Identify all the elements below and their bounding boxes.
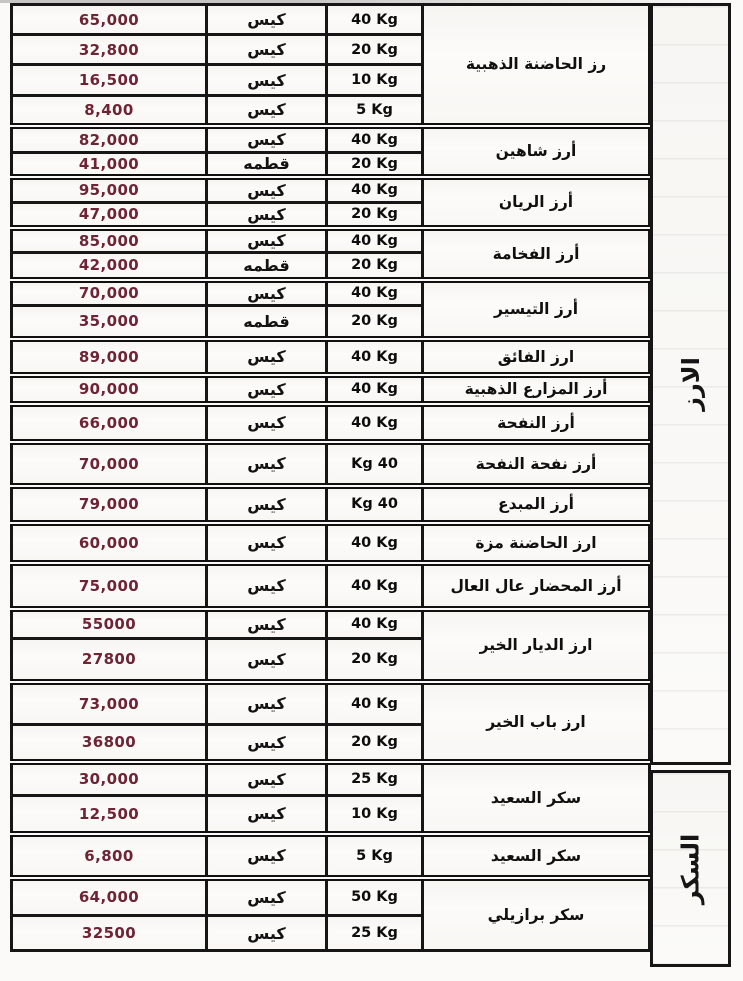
weight-cell: 20 Kg [327, 203, 423, 228]
unit-cell: كيس [207, 609, 327, 639]
unit-cell: كيس [207, 834, 327, 878]
product-name-cell: أرز المحضار عال العال [423, 563, 650, 609]
unit-cell: كيس [207, 916, 327, 951]
table-row: 64,000كيس50 Kgسكر برازيلي [12, 878, 650, 916]
price-cell: 42,000 [12, 253, 207, 280]
unit-cell: كيس [207, 442, 327, 486]
product-name-cell: سكر برازيلي [423, 878, 650, 951]
table-row: 82,000كيس40 Kgأرز شاهين [12, 126, 650, 153]
product-name-cell: أرز الريان [423, 177, 650, 228]
table-row: 55000كيس40 Kgارز الديار الخير [12, 609, 650, 639]
unit-cell: كيس [207, 280, 327, 306]
product-name-cell: أرز المزارع الذهبية [423, 375, 650, 404]
unit-cell: كيس [207, 563, 327, 609]
price-cell: 85,000 [12, 228, 207, 253]
product-name-cell: سكر السعيد [423, 834, 650, 878]
weight-cell: 20 Kg [327, 153, 423, 177]
price-cell: 70,000 [12, 280, 207, 306]
table-row: 73,000كيس40 Kgارز باب الخير [12, 682, 650, 725]
table-row: 70,000كيسKg 40أرز نفحة النفحة [12, 442, 650, 486]
price-cell: 82,000 [12, 126, 207, 153]
price-cell: 8,400 [12, 96, 207, 126]
unit-cell: كيس [207, 203, 327, 228]
table-row: 79,000كيسKg 40أرز المبدع [12, 486, 650, 523]
weight-cell: Kg 40 [327, 486, 423, 523]
price-cell: 75,000 [12, 563, 207, 609]
weight-cell: 40 Kg [327, 609, 423, 639]
unit-cell: قطمه [207, 253, 327, 280]
price-cell: 70,000 [12, 442, 207, 486]
product-name-cell: أرز نفحة النفحة [423, 442, 650, 486]
weight-cell: 40 Kg [327, 375, 423, 404]
weight-cell: 20 Kg [327, 306, 423, 339]
weight-cell: 40 Kg [327, 682, 423, 725]
product-name-cell: أرز الفخامة [423, 228, 650, 280]
product-name-cell: أرز شاهين [423, 126, 650, 177]
unit-cell: كيس [207, 878, 327, 916]
weight-cell: 20 Kg [327, 725, 423, 762]
unit-cell: كيس [207, 682, 327, 725]
price-cell: 32,800 [12, 35, 207, 65]
price-cell: 16,500 [12, 65, 207, 96]
unit-cell: كيس [207, 375, 327, 404]
price-cell: 79,000 [12, 486, 207, 523]
weight-cell: 5 Kg [327, 96, 423, 126]
price-cell: 35,000 [12, 306, 207, 339]
unit-cell: كيس [207, 762, 327, 796]
weight-cell: 10 Kg [327, 796, 423, 834]
table-row: 95,000كيس40 Kgأرز الريان [12, 177, 650, 203]
price-cell: 41,000 [12, 153, 207, 177]
product-name-cell: ارز باب الخير [423, 682, 650, 762]
product-name-cell: أرز التيسير [423, 280, 650, 339]
product-name-cell: أرز النفحة [423, 404, 650, 442]
price-cell: 66,000 [12, 404, 207, 442]
product-name-cell: سكر السعيد [423, 762, 650, 834]
table-row: 65,000كيس40 Kgرز الحاضنة الذهبية [12, 5, 650, 35]
price-cell: 30,000 [12, 762, 207, 796]
product-name-cell: أرز المبدع [423, 486, 650, 523]
table-row: 66,000كيس40 Kgأرز النفحة [12, 404, 650, 442]
unit-cell: كيس [207, 177, 327, 203]
weight-cell: Kg 40 [327, 442, 423, 486]
weight-cell: 40 Kg [327, 280, 423, 306]
unit-cell: كيس [207, 35, 327, 65]
price-cell: 27800 [12, 639, 207, 682]
weight-cell: 40 Kg [327, 126, 423, 153]
price-cell: 64,000 [12, 878, 207, 916]
price-cell: 65,000 [12, 5, 207, 35]
unit-cell: كيس [207, 126, 327, 153]
unit-cell: كيس [207, 65, 327, 96]
weight-cell: 25 Kg [327, 916, 423, 951]
price-cell: 47,000 [12, 203, 207, 228]
weight-cell: 40 Kg [327, 339, 423, 375]
table-row: 6,800كيس5 Kgسكر السعيد [12, 834, 650, 878]
table-row: 90,000كيس40 Kgأرز المزارع الذهبية [12, 375, 650, 404]
unit-cell: كيس [207, 404, 327, 442]
weight-cell: 20 Kg [327, 639, 423, 682]
table-row: 75,000كيس40 Kgأرز المحضار عال العال [12, 563, 650, 609]
unit-cell: كيس [207, 339, 327, 375]
weight-cell: 40 Kg [327, 228, 423, 253]
price-cell: 95,000 [12, 177, 207, 203]
table-row: 30,000كيس25 Kgسكر السعيد [12, 762, 650, 796]
product-name-cell: رز الحاضنة الذهبية [423, 5, 650, 126]
product-name-cell: ارز الفائق [423, 339, 650, 375]
price-cell: 90,000 [12, 375, 207, 404]
weight-cell: 20 Kg [327, 253, 423, 280]
unit-cell: كيس [207, 725, 327, 762]
unit-cell: كيس [207, 486, 327, 523]
table-row: 60,000كيس40 Kgارز الحاضنة مزة [12, 523, 650, 563]
weight-cell: 10 Kg [327, 65, 423, 96]
weight-cell: 40 Kg [327, 523, 423, 563]
price-cell: 89,000 [12, 339, 207, 375]
price-cell: 73,000 [12, 682, 207, 725]
unit-cell: كيس [207, 523, 327, 563]
price-cell: 55000 [12, 609, 207, 639]
weight-cell: 25 Kg [327, 762, 423, 796]
category-sugar-label: السكر [676, 833, 704, 904]
unit-cell: كيس [207, 96, 327, 126]
category-sugar: السكر [650, 770, 731, 967]
category-rice: الارز [650, 3, 731, 765]
unit-cell: كيس [207, 639, 327, 682]
weight-cell: 50 Kg [327, 878, 423, 916]
weight-cell: 40 Kg [327, 5, 423, 35]
table-row: 70,000كيس40 Kgأرز التيسير [12, 280, 650, 306]
price-table-body: 65,000كيس40 Kgرز الحاضنة الذهبية32,800كي… [12, 5, 650, 951]
unit-cell: كيس [207, 228, 327, 253]
table-row: 85,000كيس40 Kgأرز الفخامة [12, 228, 650, 253]
category-column: الارز السكر [650, 3, 731, 967]
unit-cell: كيس [207, 5, 327, 35]
price-cell: 6,800 [12, 834, 207, 878]
weight-cell: 20 Kg [327, 35, 423, 65]
price-cell: 32500 [12, 916, 207, 951]
price-cell: 60,000 [12, 523, 207, 563]
unit-cell: قطمه [207, 153, 327, 177]
category-rice-label: الارز [676, 357, 704, 411]
price-cell: 36800 [12, 725, 207, 762]
table-row: 89,000كيس40 Kgارز الفائق [12, 339, 650, 375]
product-name-cell: ارز الحاضنة مزة [423, 523, 650, 563]
price-cell: 12,500 [12, 796, 207, 834]
product-name-cell: ارز الديار الخير [423, 609, 650, 682]
weight-cell: 5 Kg [327, 834, 423, 878]
unit-cell: قطمه [207, 306, 327, 339]
unit-cell: كيس [207, 796, 327, 834]
weight-cell: 40 Kg [327, 177, 423, 203]
weight-cell: 40 Kg [327, 404, 423, 442]
weight-cell: 40 Kg [327, 563, 423, 609]
price-table: 65,000كيس40 Kgرز الحاضنة الذهبية32,800كي… [10, 3, 651, 952]
